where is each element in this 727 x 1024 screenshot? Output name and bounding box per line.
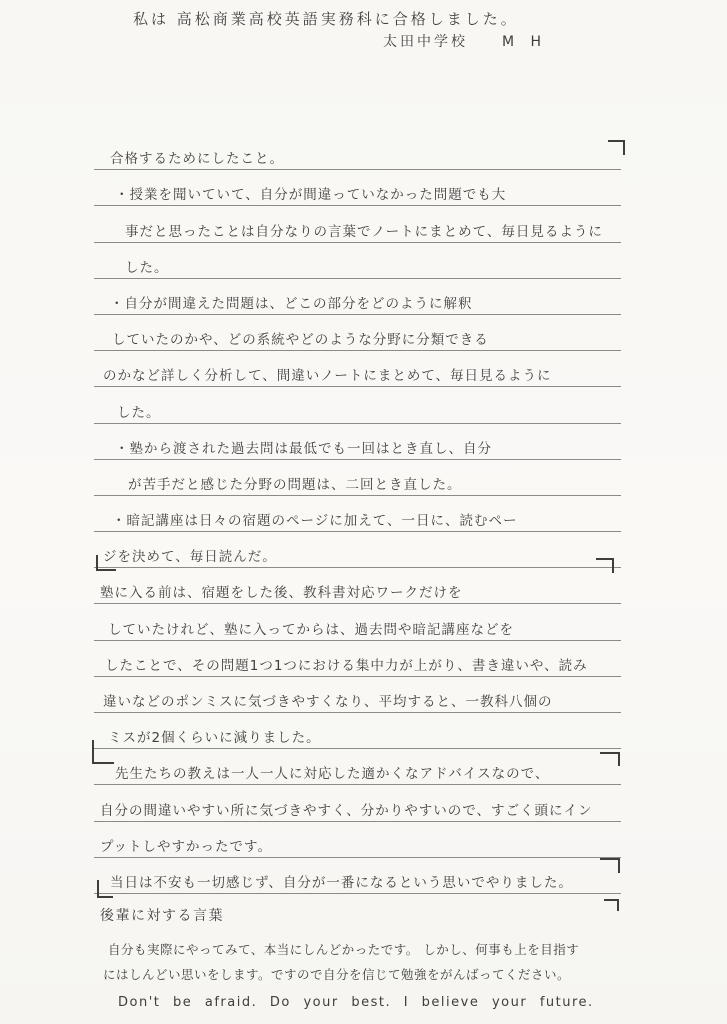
header-school-line: 太田中学校M H [383,31,547,51]
handwritten-line: ミスが2個くらいに減りました。 [94,713,621,749]
corner-mark-bottom-left-icon [97,880,113,898]
handwritten-line: ・授業を聞いていて、自分が間違っていなかった問題でも大 [94,170,621,206]
handwritten-line: したことで、その問題1つ1つにおける集中力が上がり、書き違いや、読み [94,641,621,677]
corner-mark-top-right-icon [600,858,620,873]
footer-heading: 後輩に対する言葉 [94,897,654,925]
handwritten-line: にはしんどい思いをします。ですので自分を信じて勉強をがんばってください。 [94,958,654,983]
scanned-document-page: 私は 高松商業高校英語実務科に合格しました。 太田中学校M H 合格するためにし… [0,0,727,1024]
handwritten-line: 合格するためにしたこと。 [94,134,621,170]
handwritten-line: 自分の間違いやすい所に気づきやすく、分かりやすいので、すごく頭にイン [94,785,621,821]
ruled-body: 合格するためにしたこと。 ・授業を聞いていて、自分が間違っていなかった問題でも大… [94,134,621,894]
handwritten-line: した。 [94,387,621,423]
handwritten-line: した。 [94,243,621,279]
handwritten-line: ・自分が間違えた問題は、どこの部分をどのように解釈 [94,279,621,315]
handwritten-line: していたのかや、どの系統やどのような分野に分類できる [94,315,621,351]
header-result-line: 私は 高松商業高校英語実務科に合格しました。 [133,8,519,29]
handwritten-line: していたけれど、塾に入ってからは、過去問や暗記講座などを [94,604,621,640]
corner-mark-top-right-icon [596,558,614,573]
handwritten-line: プットしやすかったです。 [94,822,621,858]
corner-mark-bottom-left-icon [92,740,114,764]
english-message-line: Don't be afraid. Do your best. I believe… [94,983,654,1010]
corner-mark-top-right-icon [604,899,619,911]
handwritten-line: ・暗記講座は日々の宿題のページに加えて、一日に、読むペー [94,496,621,532]
handwritten-line: 先生たちの教えは一人一人に対応した適かくなアドバイスなので、 [94,749,621,785]
footer-section: 後輩に対する言葉 自分も実際にやってみて、本当にしんどかったです。 しかし、何事… [94,897,654,1010]
handwritten-line: が苦手だと感じた分野の問題は、二回とき直した。 [94,460,621,496]
corner-mark-top-right-icon [600,752,620,766]
author-initials: M H [502,34,547,50]
handwritten-line: 違いなどのポンミスに気づきやすくなり、平均すると、一教科八個の [94,677,621,713]
handwritten-line: のかなど詳しく分析して、間違いノートにまとめて、毎日見るように [94,351,621,387]
handwritten-line: 自分も実際にやってみて、本当にしんどかったです。 しかし、何事も上を目指す [94,931,654,958]
handwritten-line: 事だと思ったことは自分なりの言葉でノートにまとめて、毎日見るように [94,206,621,242]
corner-mark-bottom-left-icon [96,555,116,571]
handwritten-line: ジを決めて、毎日読んだ。 [94,532,621,568]
handwritten-line: 当日は不安も一切感じず、自分が一番になるという思いでやりました。 [94,858,621,894]
corner-mark-top-right-icon [608,140,625,155]
handwritten-line: 塾に入る前は、宿題をした後、教科書対応ワークだけを [94,568,621,604]
handwritten-line: ・塾から渡された過去問は最低でも一回はとき直し、自分 [94,424,621,460]
school-name: 太田中学校 [383,34,468,50]
